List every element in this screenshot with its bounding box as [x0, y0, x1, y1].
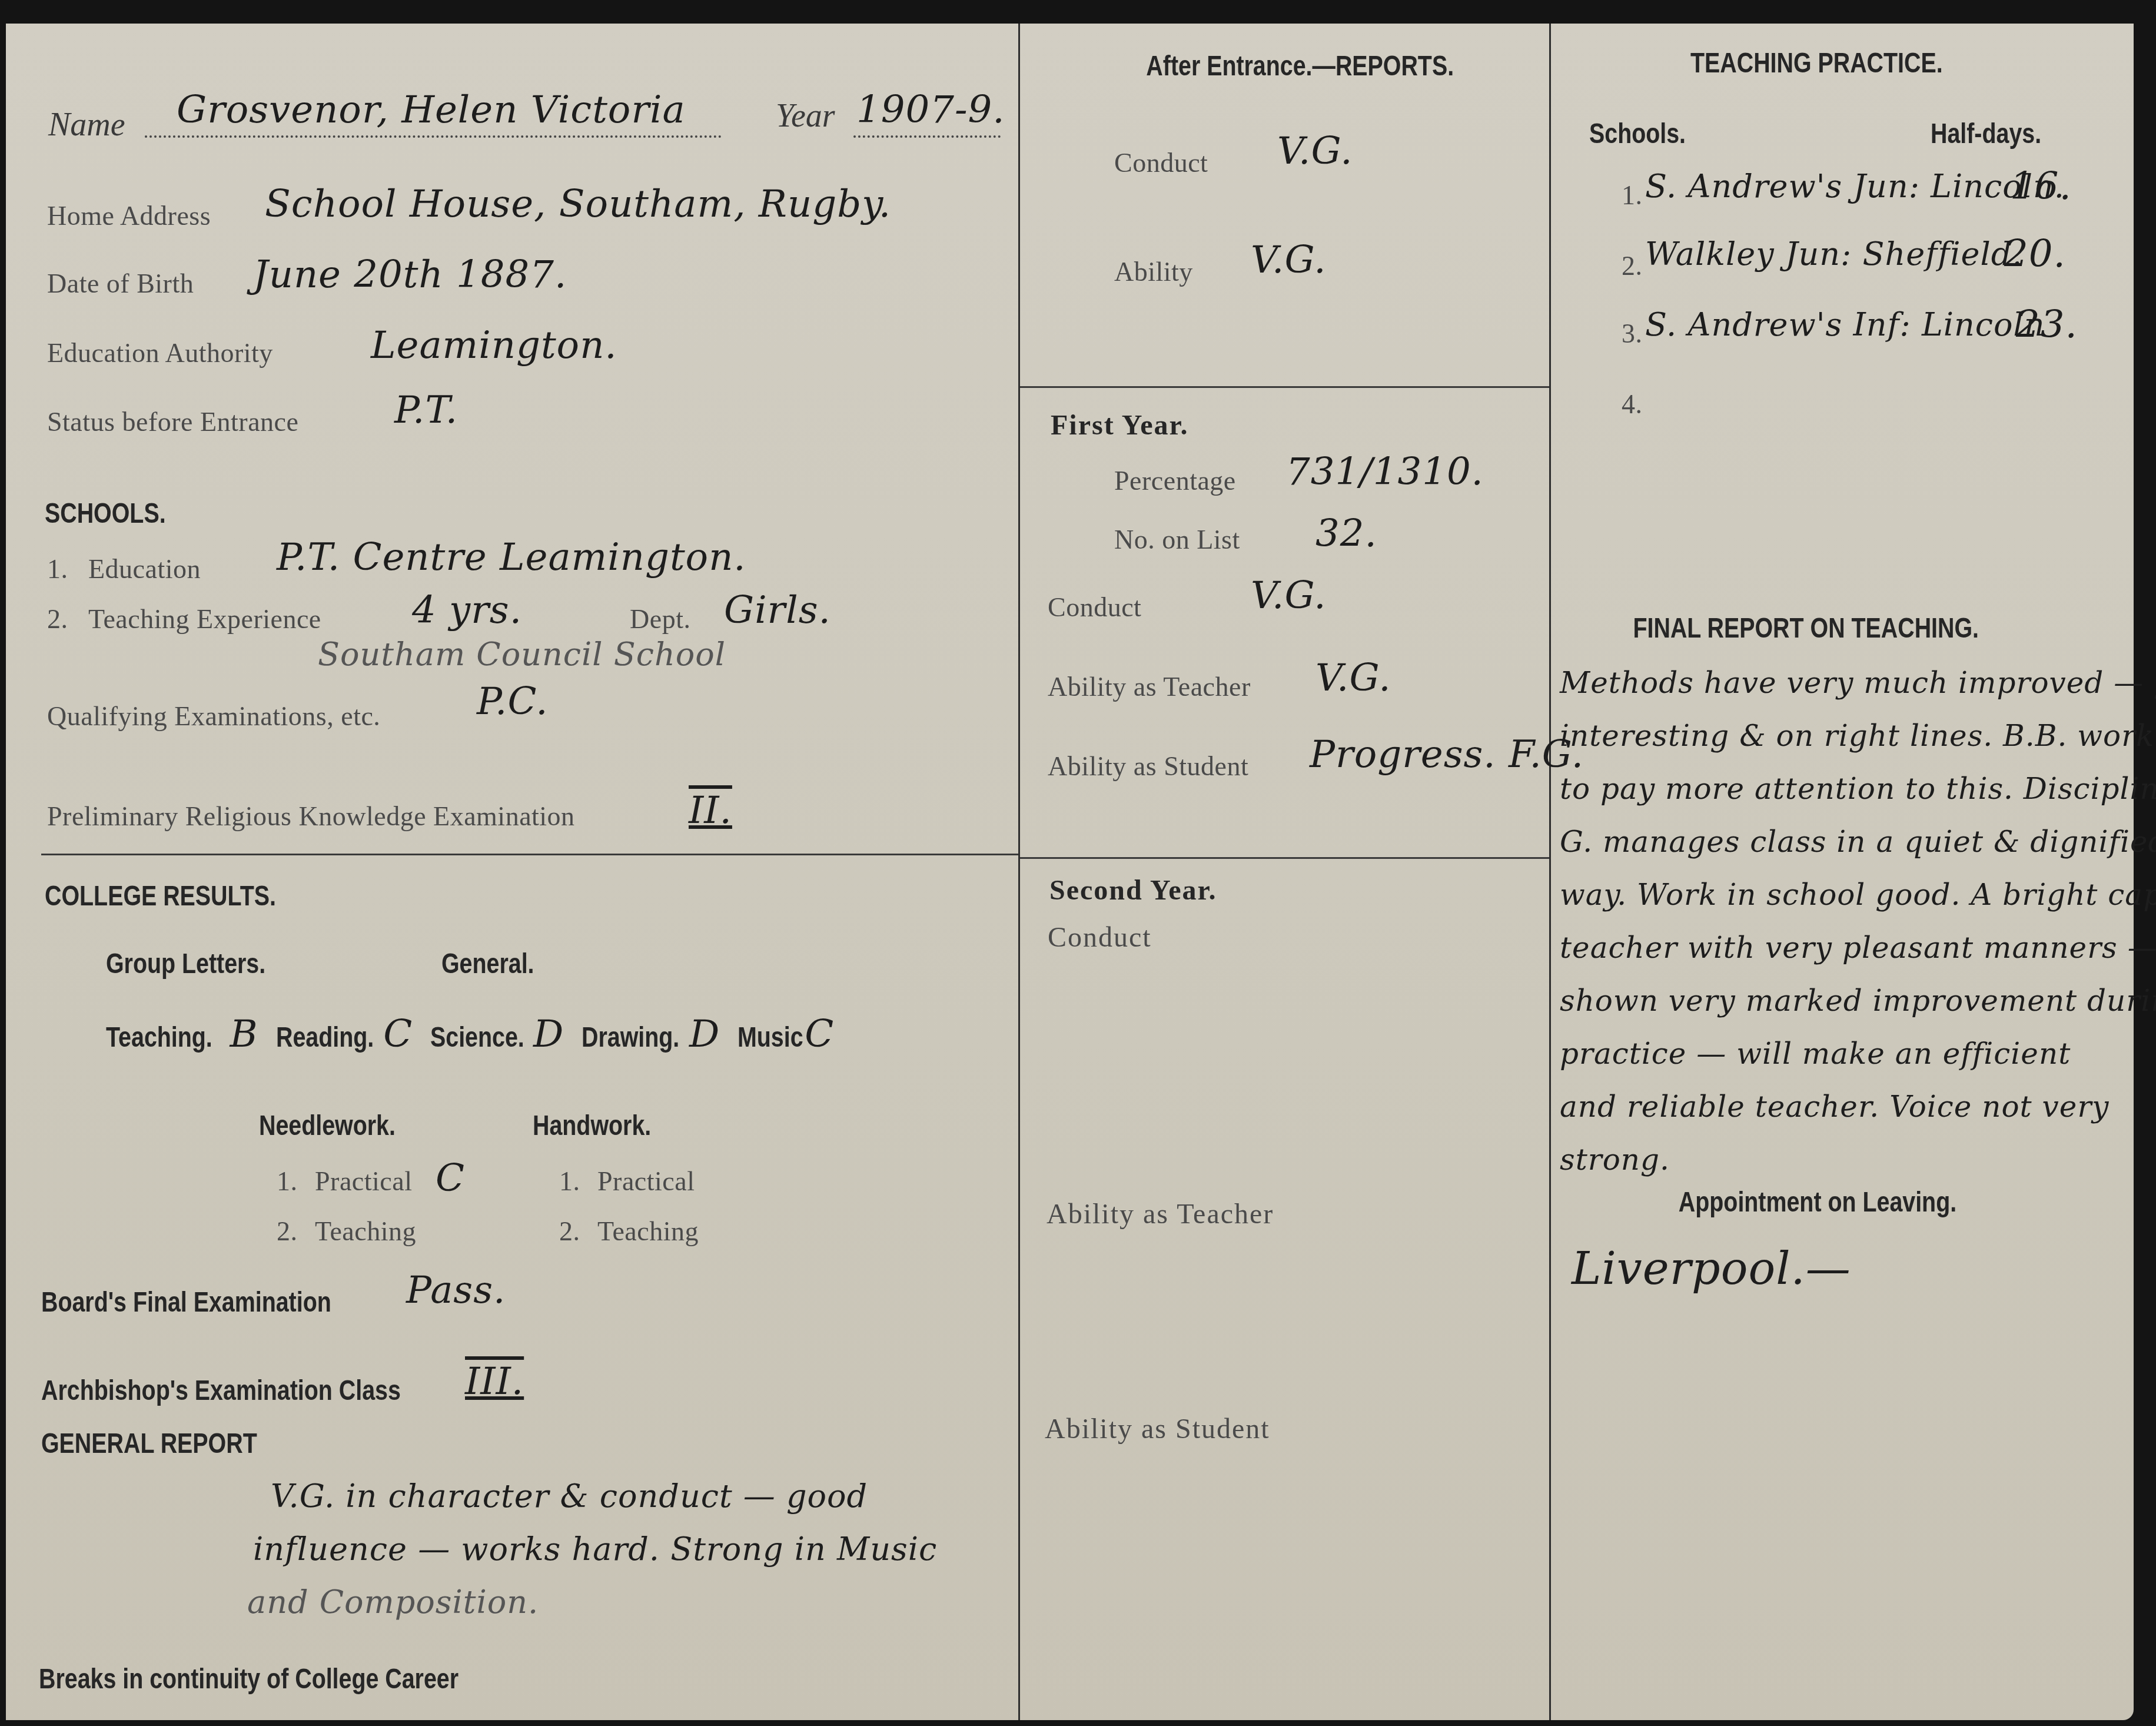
practice-row-num: 4.: [1622, 389, 1643, 420]
handwork-teaching-num: 2.: [559, 1216, 580, 1247]
education-authority-value: Leamington.: [371, 324, 617, 367]
first-year-divider: [1020, 857, 1549, 859]
dept-value: Girls.: [724, 589, 831, 632]
column-divider-left: [1018, 24, 1020, 1720]
handwork-practical-num: 1.: [559, 1166, 580, 1197]
after-entrance-heading: After Entrance.—REPORTS.: [1146, 50, 1454, 82]
percentage-label: Percentage: [1114, 465, 1236, 496]
grade-drawing: Drawing. D: [582, 1013, 720, 1056]
general-report-line-3: and Composition.: [247, 1584, 539, 1621]
final-report-line: interesting & on right lines. B.B. work …: [1560, 709, 2125, 762]
boards-final-value: Pass.: [406, 1269, 506, 1312]
education-value: P.T. Centre Leamington.: [277, 536, 746, 579]
practice-row-num: 2.: [1622, 250, 1643, 281]
needlework-label: Needlework.: [259, 1110, 396, 1142]
after-entrance-divider: [1020, 386, 1549, 388]
archbishop-label: Archbishop's Examination Class: [41, 1375, 401, 1407]
student-record-card: Name Grosvenor, Helen Victoria Year 1907…: [6, 24, 2134, 1720]
first-year-heading: First Year.: [1051, 409, 1188, 442]
dept-label: Dept.: [630, 603, 690, 635]
teaching-practice-heading: TEACHING PRACTICE.: [1690, 47, 1943, 79]
general-report-line-1: V.G. in character & conduct — good: [271, 1478, 868, 1515]
grade-music-label: Music: [738, 1021, 803, 1054]
no-on-list-label: No. on List: [1114, 524, 1240, 555]
final-report-line: to pay more attention to this. Disciplin…: [1560, 762, 2125, 815]
appointment-value: Liverpool.—: [1572, 1242, 1851, 1294]
grade-science-value: D: [533, 1013, 564, 1056]
year-value: 1907-9.: [856, 88, 1005, 132]
handwork-label: Handwork.: [533, 1110, 651, 1142]
education-label: Education: [88, 553, 201, 585]
grade-reading-value: C: [383, 1013, 413, 1056]
grade-teaching: Teaching. B: [106, 1013, 258, 1056]
practice-row-school: Walkley Jun: Sheffield.: [1645, 235, 2022, 273]
college-results-heading: COLLEGE RESULTS.: [45, 880, 276, 912]
qualifying-label: Qualifying Examinations, etc.: [47, 701, 380, 732]
needlework-teaching-label: Teaching: [315, 1216, 416, 1247]
second-year-heading: Second Year.: [1049, 874, 1217, 907]
first-year-conduct-label: Conduct: [1048, 592, 1141, 623]
after-entrance-conduct-value: V.G.: [1277, 130, 1353, 173]
home-address-label: Home Address: [47, 200, 211, 231]
second-year-ability-student-label: Ability as Student: [1045, 1413, 1270, 1445]
first-year-ability-student-label: Ability as Student: [1048, 751, 1248, 782]
teaching-exp-label: Teaching Experience: [88, 603, 321, 635]
first-year-ability-student-value: Progress. F.G.: [1310, 733, 1584, 776]
practice-row-num: 3.: [1622, 318, 1643, 349]
grade-science: Science. D: [430, 1013, 564, 1056]
boards-final-label: Board's Final Examination: [41, 1286, 331, 1319]
schools-heading: SCHOOLS.: [45, 497, 166, 530]
year-label: Year: [776, 97, 835, 135]
grades-row: Teaching. B Reading. C Science. D Drawin…: [106, 1013, 834, 1056]
percentage-value: 731/1310.: [1286, 450, 1484, 494]
general-report-line-2: influence — works hard. Strong in Music: [253, 1531, 937, 1568]
final-report-line: teacher with very pleasant manners — has: [1560, 921, 2125, 974]
no-on-list-value: 32.: [1315, 512, 1377, 556]
grade-drawing-label: Drawing.: [582, 1021, 679, 1054]
breaks-label: Breaks in continuity of College Career: [39, 1663, 459, 1695]
practice-row-school: S. Andrew's Inf: Lincoln: [1645, 306, 2045, 343]
practice-row-half-days: 23.: [2016, 303, 2078, 347]
teaching-exp-school: Southam Council School: [318, 636, 726, 673]
final-report-line: strong.: [1560, 1133, 2125, 1186]
status-value: P.T.: [394, 389, 458, 432]
dob-value: June 20th 1887.: [253, 253, 567, 297]
after-entrance-conduct-label: Conduct: [1114, 147, 1208, 178]
practice-row-half-days: 16.: [2010, 165, 2072, 208]
teaching-exp-num: 2.: [47, 603, 68, 635]
final-report-line: practice — will make an efficient: [1560, 1027, 2125, 1080]
education-authority-label: Education Authority: [47, 337, 273, 369]
name-line: [145, 135, 722, 138]
second-year-ability-teacher-label: Ability as Teacher: [1047, 1198, 1274, 1230]
grade-reading-label: Reading.: [276, 1021, 374, 1054]
needlework-practical-num: 1.: [277, 1166, 298, 1197]
first-year-conduct-value: V.G.: [1251, 574, 1327, 618]
status-label: Status before Entrance: [47, 406, 298, 437]
first-year-ability-teacher-value: V.G.: [1315, 656, 1391, 700]
after-entrance-ability-value: V.G.: [1251, 238, 1327, 282]
second-year-conduct-label: Conduct: [1048, 921, 1152, 954]
year-line: [853, 135, 1001, 138]
education-num: 1.: [47, 553, 68, 585]
final-report-line: Methods have very much improved — genera…: [1560, 656, 2125, 709]
left-section-divider: [41, 854, 1018, 855]
practice-row-half-days: 20.: [2004, 233, 2066, 276]
grade-reading: Reading. C: [276, 1013, 413, 1056]
prelim-religious-value: II.: [689, 789, 732, 832]
grade-drawing-value: D: [689, 1013, 720, 1056]
dob-label: Date of Birth: [47, 268, 194, 299]
prelim-religious-label: Preliminary Religious Knowledge Examinat…: [47, 801, 575, 832]
final-report-line: and reliable teacher. Voice not very: [1560, 1080, 2125, 1133]
final-report-text: Methods have very much improved — genera…: [1560, 656, 2125, 1186]
name-label: Name: [48, 106, 125, 144]
handwork-teaching-label: Teaching: [597, 1216, 699, 1247]
column-divider-right: [1549, 24, 1551, 1720]
group-letters-label: Group Letters.: [106, 948, 265, 980]
appointment-heading: Appointment on Leaving.: [1679, 1186, 1956, 1219]
needlework-practical-label: Practical: [315, 1166, 412, 1197]
needlework-practical-grade: C: [436, 1157, 465, 1200]
teaching-exp-value: 4 yrs.: [412, 589, 522, 632]
schools-column-label: Schools.: [1589, 118, 1686, 150]
grade-teaching-label: Teaching.: [106, 1021, 212, 1054]
home-address-value: School House, Southam, Rugby.: [265, 182, 891, 226]
after-entrance-ability-label: Ability: [1114, 256, 1193, 287]
half-days-column-label: Half-days.: [1931, 118, 2041, 150]
grade-science-label: Science.: [430, 1021, 524, 1054]
practice-row-school: S. Andrew's Jun: Lincoln.: [1645, 168, 2065, 205]
general-report-heading: GENERAL REPORT: [41, 1428, 257, 1460]
grade-teaching-value: B: [230, 1013, 258, 1056]
first-year-ability-teacher-label: Ability as Teacher: [1048, 671, 1251, 702]
handwork-practical-label: Practical: [597, 1166, 695, 1197]
final-report-line: way. Work in school good. A bright capab…: [1560, 868, 2125, 921]
final-report-line: G. manages class in a quiet & dignified: [1560, 815, 2125, 868]
general-label: General.: [441, 948, 534, 980]
final-report-heading: FINAL REPORT ON TEACHING.: [1633, 612, 1979, 645]
needlework-teaching-num: 2.: [277, 1216, 298, 1247]
qualifying-value: P.C.: [477, 680, 548, 723]
name-value: Grosvenor, Helen Victoria: [177, 88, 686, 132]
grade-music: Music C: [738, 1013, 834, 1056]
final-report-line: shown very marked improvement during: [1560, 974, 2125, 1027]
grade-music-value: C: [805, 1013, 834, 1056]
archbishop-value: III.: [465, 1360, 524, 1403]
practice-row-num: 1.: [1622, 180, 1643, 211]
